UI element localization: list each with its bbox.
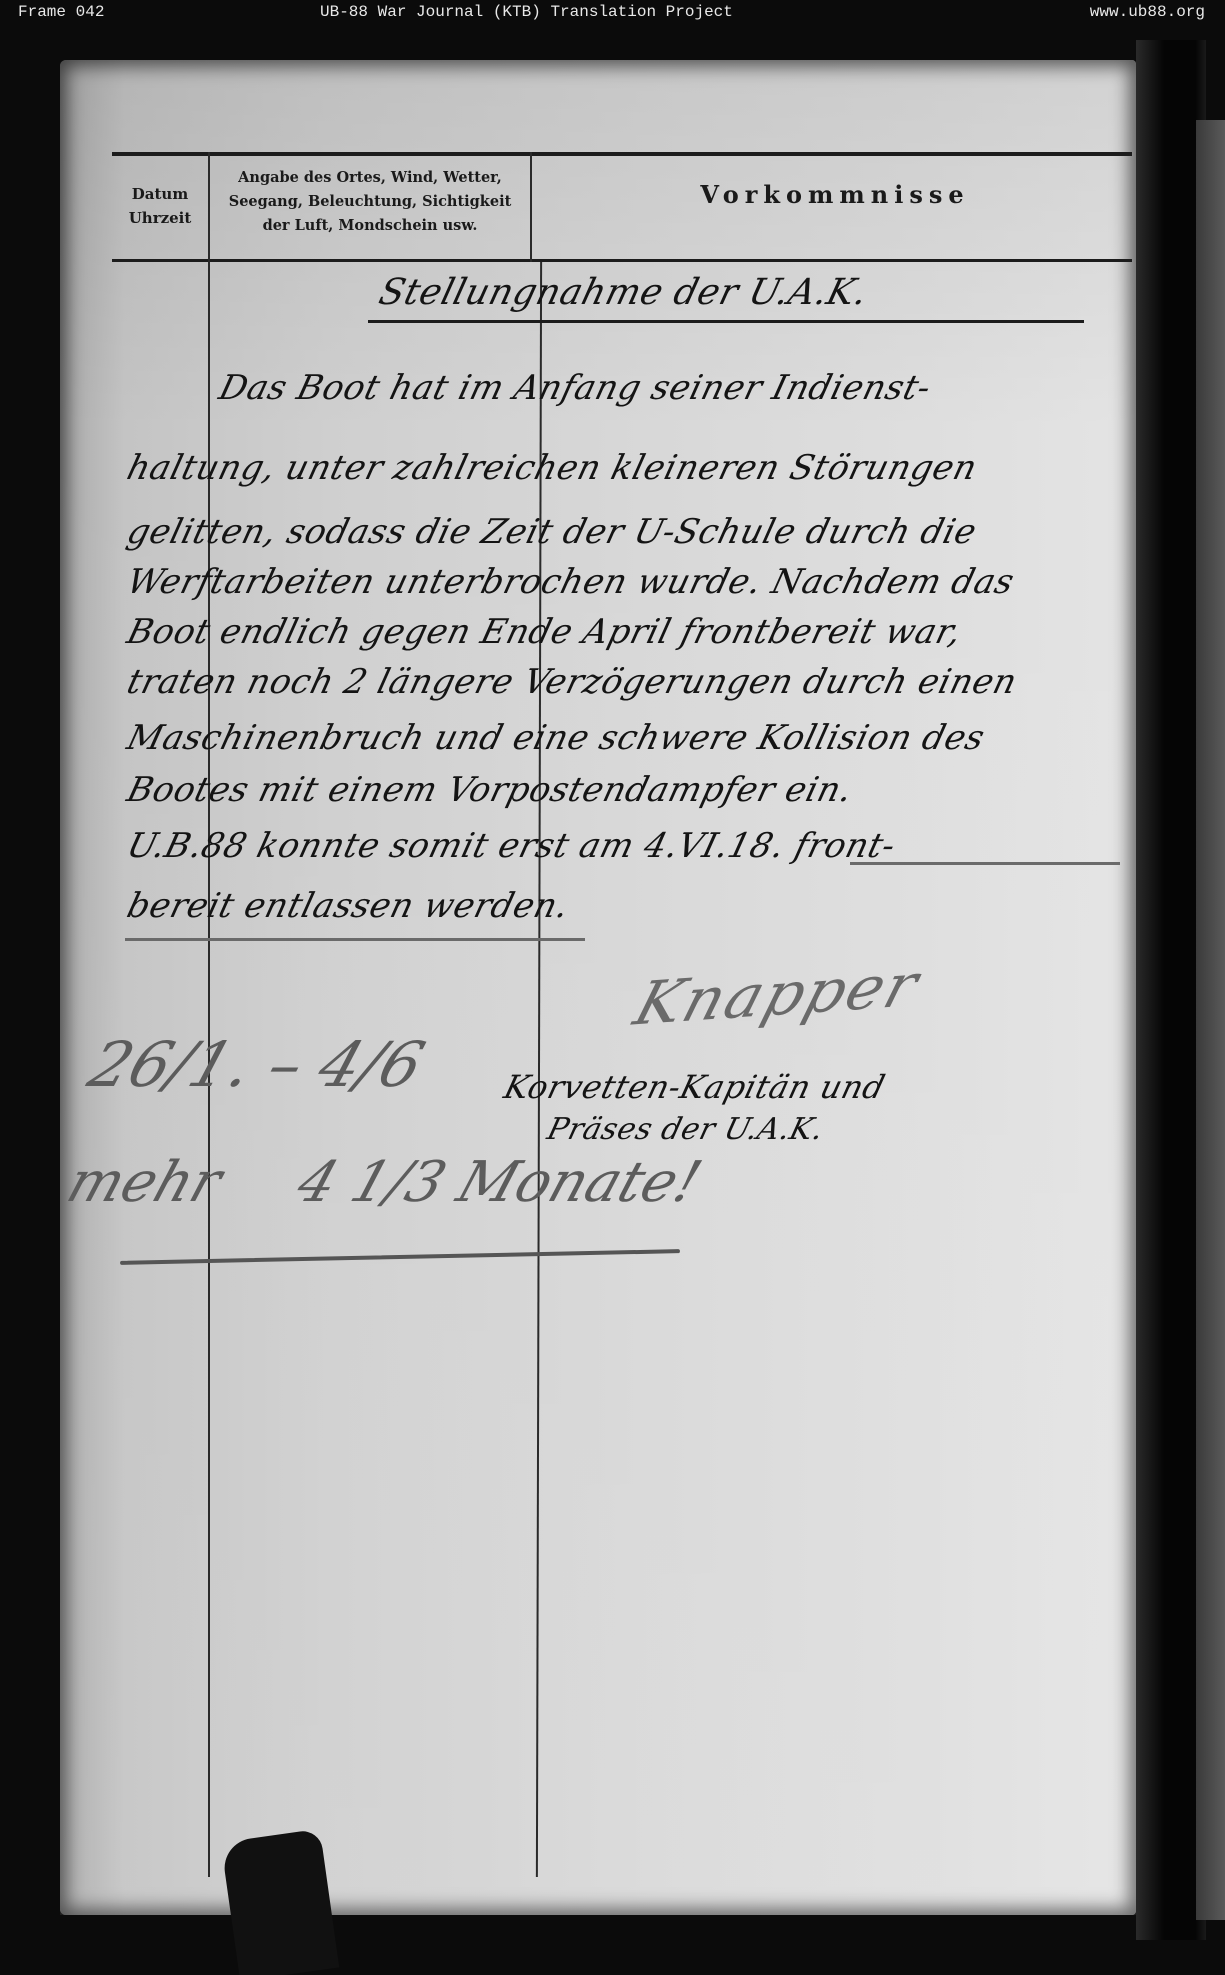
entry-line: haltung, unter zahlreichen kleineren Stö… <box>123 448 981 488</box>
header-datum: Datum <box>112 182 208 206</box>
entry-line: bereit entlassen werden. <box>123 886 573 926</box>
pencil-date-range: 26/1. – 4/6 <box>80 1028 433 1101</box>
project-title: UB-88 War Journal (KTB) Translation Proj… <box>320 3 733 21</box>
entry-line: gelitten, sodass die Zeit der U-Schule d… <box>123 512 981 552</box>
adjacent-page-strip <box>1196 120 1225 1920</box>
project-url: www.ub88.org <box>1090 3 1205 21</box>
signature-office: Präses der U.A.K. <box>544 1112 828 1147</box>
entry-line: Maschinenbruch und eine schwere Kollisio… <box>123 718 989 758</box>
header-angabe-line: Angabe des Ortes, Wind, Wetter, <box>212 166 528 190</box>
column-divider-angabe <box>530 152 532 262</box>
microfilm-banner: Frame 042 UB-88 War Journal (KTB) Transl… <box>0 0 1225 26</box>
header-vorkommnisse: Vorkommnisse <box>540 180 1130 209</box>
header-datum-uhrzeit: Datum Uhrzeit <box>112 182 208 230</box>
entry-line: U.B.88 konnte somit erst am 4.VI.18. fro… <box>123 826 900 866</box>
entry-heading: Stellungnahme der U.A.K. <box>375 272 872 313</box>
entry-line: Das Boot hat im Anfang seiner Indienst- <box>215 368 935 408</box>
heading-underline <box>368 320 1084 323</box>
header-angabe-line: Seegang, Beleuchtung, Sichtigkeit <box>212 190 528 214</box>
entry-line: Bootes mit einem Vorpostendampfer ein. <box>123 770 857 810</box>
frame-number: Frame 042 <box>18 3 104 21</box>
header-location-weather: Angabe des Ortes, Wind, Wetter, Seegang,… <box>212 166 528 238</box>
thumb-shadow <box>221 1829 340 1975</box>
header-angabe-line: der Luft, Mondschein usw. <box>212 214 528 238</box>
pencil-fraction: 4 1/3 <box>289 1150 454 1215</box>
signature-rank: Korvetten-Kapitän und <box>500 1068 889 1106</box>
entry-line: Boot endlich gegen Ende April frontberei… <box>123 612 966 652</box>
pencil-underline-entlassen <box>125 938 585 941</box>
pencil-remark-suffix: Monate! <box>449 1150 709 1215</box>
header-uhrzeit: Uhrzeit <box>112 206 208 230</box>
header-top-rule <box>112 152 1132 156</box>
journal-page <box>60 60 1136 1915</box>
pencil-remark-prefix: mehr <box>59 1150 229 1215</box>
pencil-underline-date <box>850 862 1120 865</box>
entry-line: traten noch 2 längere Verzögerungen durc… <box>123 662 1021 702</box>
entry-line: Werftarbeiten unterbrochen wurde. Nachde… <box>123 562 1018 602</box>
header-bottom-rule <box>112 259 1132 262</box>
column-divider-datum <box>208 152 210 1877</box>
